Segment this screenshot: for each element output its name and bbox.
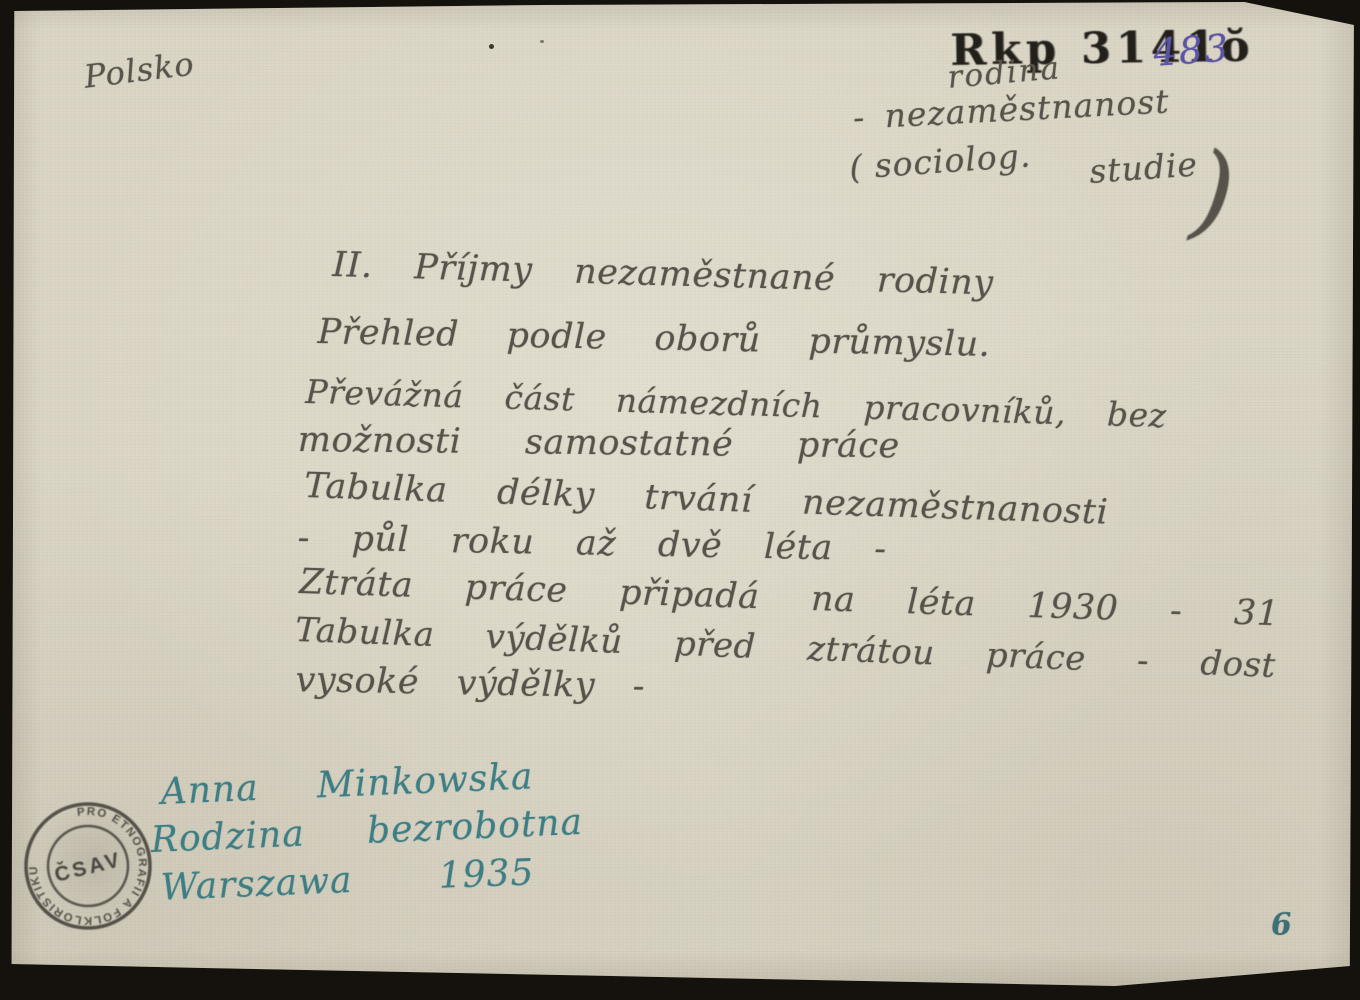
subject-line-study-word: studie — [1088, 144, 1199, 190]
manuscript-card: Polsko Rkp 3141ŏ 483 rodina - nezaměstna… — [0, 0, 1360, 1000]
note-line: II. Příjmy nezaměstnané rodiny — [332, 245, 994, 303]
scanner-background: Polsko Rkp 3141ŏ 483 rodina - nezaměstna… — [0, 0, 1360, 1000]
subject-line-unemployment: - nezaměstnanost — [852, 81, 1170, 137]
note-line: možnosti samostatné práce — [298, 420, 900, 466]
library-round-stamp: PRO ETNOGRAFII A FOLKLORISTIKU ČSAV — [6, 784, 171, 949]
subject-line-sociology: ( sociolog. — [848, 135, 1032, 187]
ink-speck — [540, 40, 544, 43]
note-line: vysoké výdělky - — [295, 660, 645, 707]
ink-speck — [489, 44, 494, 49]
citation-author: Anna Minkowska — [160, 756, 534, 813]
note-line: Přehled podle oborů průmyslu. — [317, 312, 990, 365]
country-label: Polsko — [82, 44, 197, 95]
inventory-number: 483 — [1152, 27, 1231, 75]
citation-place-year: Warszawa 1935 — [160, 852, 535, 909]
page-number: 6 — [1270, 907, 1293, 943]
note-line: - půl roku až dvě léta - — [297, 518, 887, 569]
stamp-center-text: ČSAV — [52, 847, 125, 887]
